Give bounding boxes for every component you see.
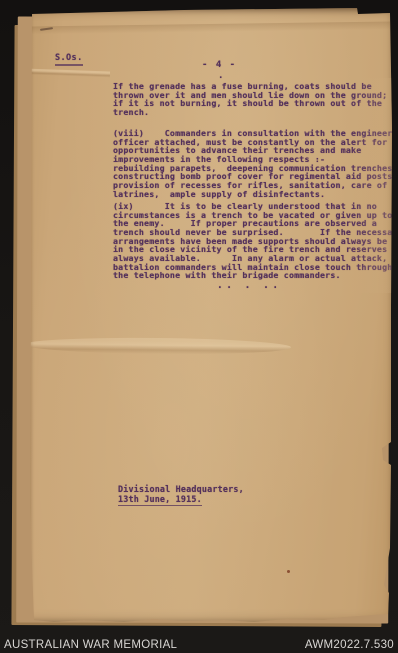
paper-stain — [287, 570, 290, 573]
pencil-mark — [40, 27, 53, 31]
page-number-dot: . — [218, 71, 223, 81]
archive-footer: AUSTRALIAN WAR MEMORIAL AWM2022.7.530 — [4, 639, 394, 651]
paper-crease — [24, 21, 395, 36]
document-page: S.Os. - 4 - . If the grenade has a fuse … — [24, 8, 395, 624]
page-number: - 4 - — [202, 60, 237, 70]
paragraph-grenade: If the grenade has a fuse burning, coats… — [113, 82, 387, 117]
catalog-number: AWM2022.7.530 — [305, 639, 394, 651]
signature-block: Divisional Headquarters, 13th June, 1915… — [118, 485, 244, 506]
annotation-sos: S.Os. — [55, 53, 83, 66]
paper-crease — [24, 69, 110, 78]
paragraph-ix: (ix) It is to be clearly understood that… — [113, 202, 395, 280]
asterisk-separator: .. . .. — [217, 280, 282, 291]
institution-label: AUSTRALIAN WAR MEMORIAL — [4, 639, 177, 651]
scanned-photograph-background: S.Os. - 4 - . If the grenade has a fuse … — [0, 0, 398, 653]
signature-date: 13th June, 1915. — [118, 495, 202, 506]
paragraph-viii: (viii) Commanders in consultation with t… — [113, 129, 395, 198]
paper-crease — [24, 337, 291, 356]
